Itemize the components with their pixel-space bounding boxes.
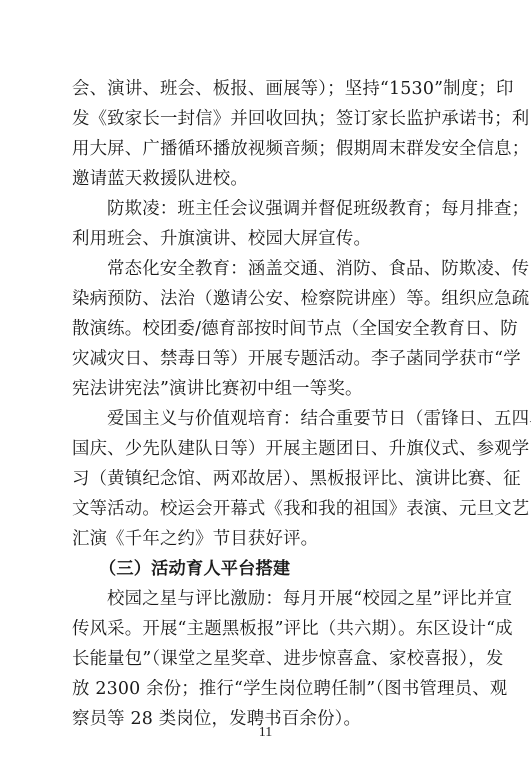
body-line: 传风采。开展“主题黑板报”评比（共六期）。东区设计“成 <box>72 619 464 639</box>
body-line: 汇演《千年之约》节目获好评。 <box>72 529 464 549</box>
body-line: 宪法讲宪法”演讲比赛初中组一等奖。 <box>72 379 464 399</box>
paragraph-start-safety-education: 常态化安全教育：涵盖交通、消防、食品、防欺凌、传 <box>107 259 499 279</box>
body-line: 邀请蓝天救援队进校。 <box>72 169 464 189</box>
body-line: 用大屏、广播循环播放视频音频；假期周末群发安全信息； <box>72 139 464 159</box>
body-line: 散演练。校团委/德育部按时间节点（全国安全教育日、防 <box>72 319 464 339</box>
body-line: 发《致家长一封信》并回收回执；签订家长监护承诺书；利 <box>72 109 464 129</box>
body-line: 会、演讲、班会、板报、画展等）；坚持“1530”制度；印 <box>72 79 464 99</box>
paragraph-start-anti-bullying: 防欺凌：班主任会议强调并督促班级教育；每月排查； <box>107 199 499 219</box>
body-line: 染病预防、法治（邀请公安、检察院讲座）等。组织应急疏 <box>72 289 464 309</box>
body-line: 长能量包”（课堂之星奖章、进步惊喜盒、家校喜报），发 <box>72 649 464 669</box>
document-page: 会、演讲、班会、板报、画展等）；坚持“1530”制度；印 发《致家长一封信》并回… <box>0 0 531 768</box>
body-line: 放 2300 余份；推行“学生岗位聘任制”（图书管理员、观 <box>72 679 464 699</box>
paragraph-start-campus-star: 校园之星与评比激励：每月开展“校园之星”评比并宣 <box>107 589 499 609</box>
page-number: 11 <box>0 725 531 741</box>
body-line: 利用班会、升旗演讲、校园大屏宣传。 <box>72 229 464 249</box>
body-line: 灾减灾日、禁毒日等）开展专题活动。李子菡同学获市“学 <box>72 349 464 369</box>
section-heading: （三）活动育人平台搭建 <box>99 559 491 579</box>
body-line: 文等活动。校运会开幕式《我和我的祖国》表演、元旦文艺 <box>72 499 464 519</box>
body-line: 国庆、少先队建队日等）开展主题团日、升旗仪式、参观学 <box>72 439 464 459</box>
paragraph-start-patriotism: 爱国主义与价值观培育：结合重要节日（雷锋日、五四、 <box>107 409 499 429</box>
body-line: 习（黄镇纪念馆、两邓故居）、黑板报评比、演讲比赛、征 <box>72 469 464 489</box>
